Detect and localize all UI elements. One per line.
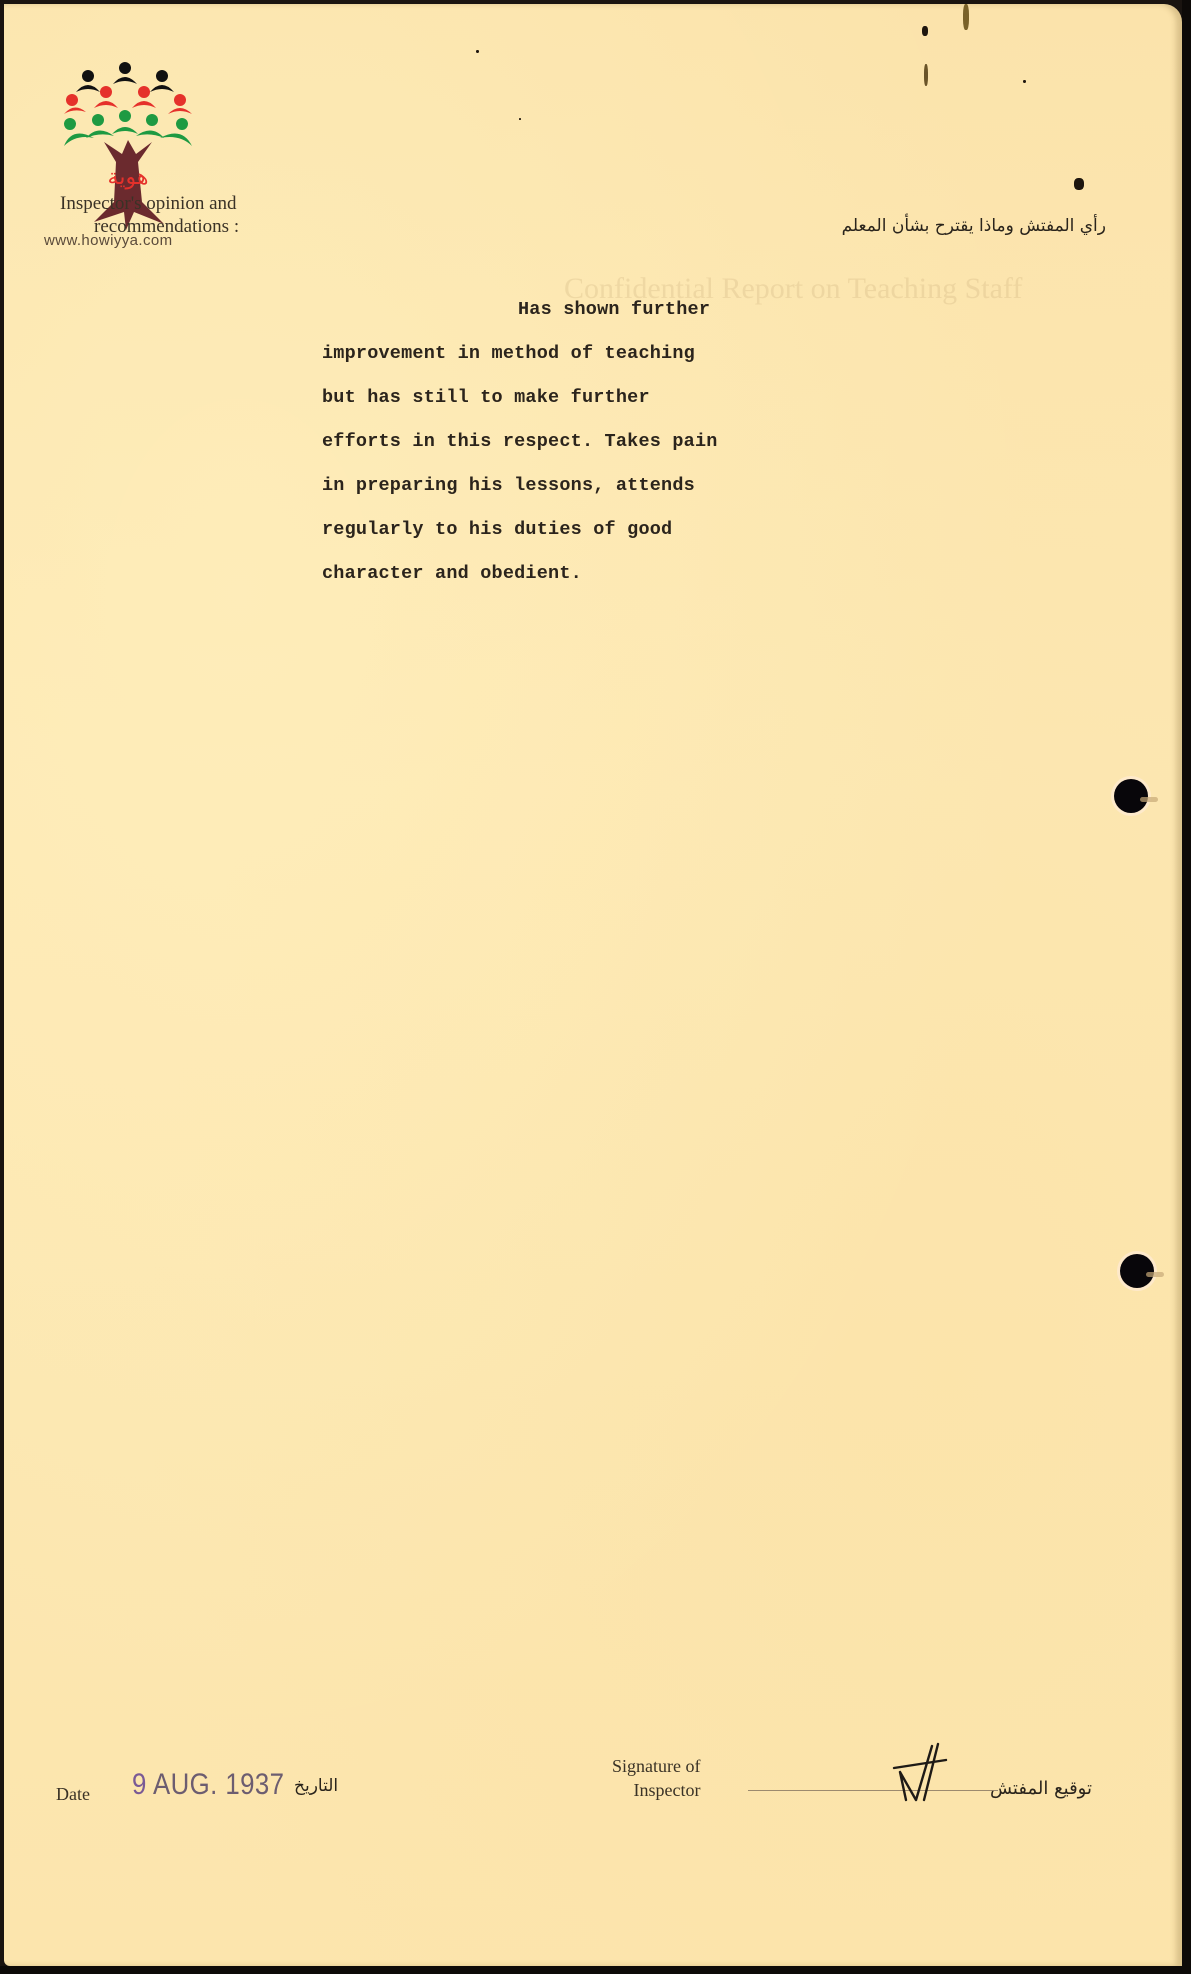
signature-line — [748, 1790, 998, 1791]
remarks-line: regularly to his duties of good — [322, 508, 882, 552]
ink-speck — [476, 50, 479, 53]
ink-speck — [924, 64, 928, 86]
scan-border-right — [1182, 0, 1191, 1974]
remarks-line: character and obedient. — [322, 552, 882, 596]
svg-text:هوية: هوية — [108, 165, 149, 190]
ink-speck — [519, 118, 521, 120]
signature-label-en: Signature of Inspector — [612, 1754, 700, 1802]
date-stamp-day: 9 — [132, 1768, 147, 1801]
ink-speck — [1074, 178, 1084, 190]
punch-hole — [1114, 779, 1148, 813]
remarks-line: but has still to make further — [322, 376, 882, 420]
opinion-label-en: Inspector's opinion and recommendations … — [60, 192, 320, 238]
opinion-label-line1: Inspector's opinion and — [60, 192, 320, 215]
ink-speck — [922, 26, 928, 36]
date-stamp: 9 AUG. 1937 — [132, 1768, 284, 1802]
date-stamp-month-year: AUG. 1937 — [147, 1768, 285, 1801]
remarks-line: in preparing his lessons, attends — [322, 464, 882, 508]
document-page: Confidential Report on Teaching Staff — [4, 4, 1182, 1966]
ink-speck — [1023, 80, 1026, 83]
signature-icon — [884, 1738, 954, 1808]
date-label-ar: التاريخ — [294, 1776, 338, 1796]
remarks-line: efforts in this respect. Takes pain — [322, 420, 882, 464]
ink-speck — [963, 4, 969, 30]
signature-label-line2: Inspector — [612, 1778, 700, 1802]
inspector-remarks: Has shown further improvement in method … — [322, 288, 882, 596]
punch-hole — [1120, 1254, 1154, 1288]
signature-label-line1: Signature of — [612, 1754, 700, 1778]
opinion-label-ar: رأي المفتش وماذا يقترح بشأن المعلم — [842, 216, 1106, 236]
date-label-en: Date — [56, 1783, 90, 1806]
signature-label-ar: توقيع المفتش — [990, 1778, 1092, 1799]
opinion-label-line2: recommendations : — [60, 215, 320, 238]
remarks-line: Has shown further — [322, 288, 882, 332]
scan-border-bottom — [0, 1966, 1191, 1974]
remarks-line: improvement in method of teaching — [322, 332, 882, 376]
